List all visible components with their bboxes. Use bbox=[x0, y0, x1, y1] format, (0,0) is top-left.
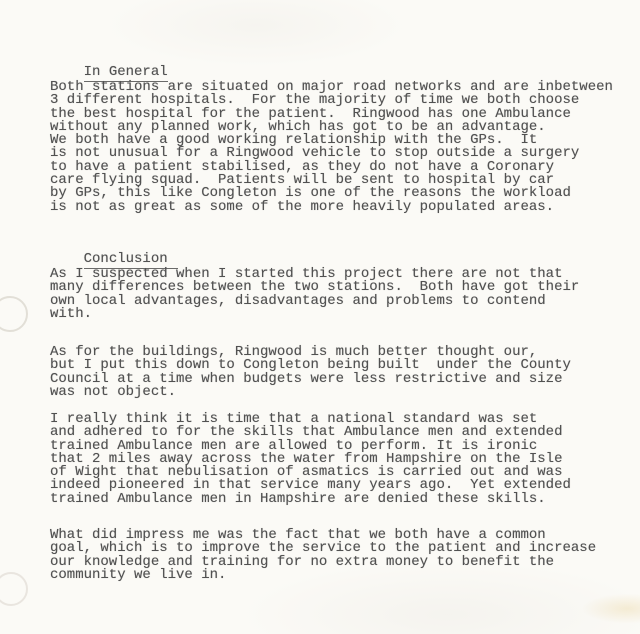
paragraph-conclusion-2: As for the buildings, Ringwood is much b… bbox=[50, 346, 571, 399]
punch-hole-mark bbox=[0, 572, 28, 606]
text-line: own local advantages, disadvantages and … bbox=[50, 295, 579, 308]
paragraph-conclusion-1: As I suspected when I started this proje… bbox=[50, 268, 579, 321]
text-line: was not object. bbox=[50, 386, 571, 399]
text-line: is not as great as some of the more heav… bbox=[50, 201, 613, 214]
paragraph-conclusion-4: What did impress me was the fact that we… bbox=[50, 529, 596, 582]
paragraph-conclusion-3: I really think it is time that a nationa… bbox=[50, 413, 571, 506]
paragraph-in-general: Both stations are situated on major road… bbox=[50, 81, 613, 214]
text-line: trained Ambulance men in Hampshire are d… bbox=[50, 493, 571, 506]
scanned-document-page: In General Both stations are situated on… bbox=[0, 0, 640, 634]
punch-hole-mark bbox=[0, 296, 28, 332]
text-line: with. bbox=[50, 308, 579, 321]
text-line: community we live in. bbox=[50, 569, 596, 582]
